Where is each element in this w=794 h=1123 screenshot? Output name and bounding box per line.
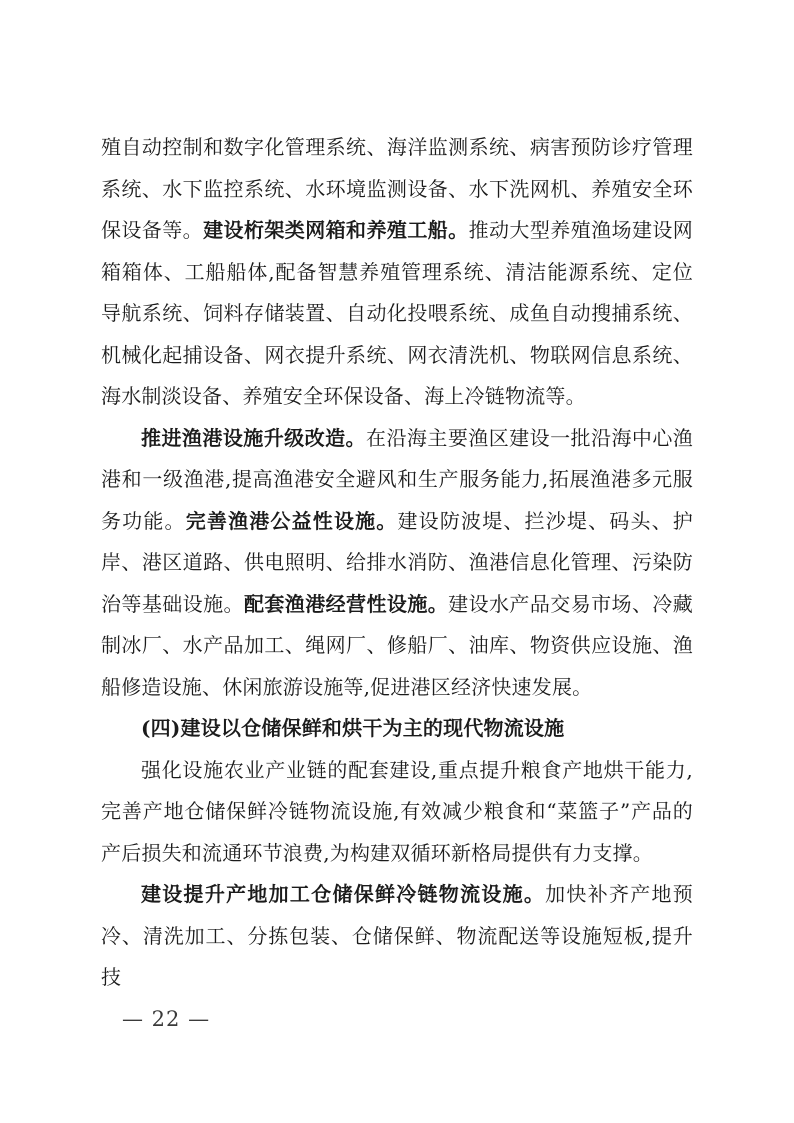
document-body: 殖自动控制和数字化管理系统、海洋监测系统、病害预防诊疗管理系统、水下监控系统、水… <box>101 127 693 999</box>
bold-text-run: 完善渔港公益性设施。 <box>186 509 398 533</box>
page-number: — 22 — <box>122 1007 210 1031</box>
bold-text-run: 推进渔港设施升级改造。 <box>141 426 366 450</box>
paragraph: 强化设施农业产业链的配套建设,重点提升粮食产地烘干能力,完善产地仓储保鲜冷链物流… <box>101 750 693 875</box>
bold-text-run: 配套渔港经营性设施。 <box>244 592 448 616</box>
document-page: 殖自动控制和数字化管理系统、海洋监测系统、病害预防诊疗管理系统、水下监控系统、水… <box>0 0 794 1123</box>
paragraph: 推进渔港设施升级改造。在沿海主要渔区建设一批沿海中心渔港和一级渔港,提高渔港安全… <box>101 418 693 709</box>
bold-text-run: 建设桁架类网箱和养殖工船。 <box>203 218 468 242</box>
bold-text-run: 建设提升产地加工仓储保鲜冷链物流设施。 <box>141 882 545 906</box>
paragraph: 建设提升产地加工仓储保鲜冷链物流设施。加快补齐产地预冷、清洗加工、分拣包装、仓储… <box>101 874 693 999</box>
bold-text-run: (四)建设以仓储保鲜和烘干为主的现代物流设施 <box>141 716 564 740</box>
text-run: 强化设施农业产业链的配套建设,重点提升粮食产地烘干能力,完善产地仓储保鲜冷链物流… <box>101 758 693 865</box>
paragraph: 殖自动控制和数字化管理系统、海洋监测系统、病害预防诊疗管理系统、水下监控系统、水… <box>101 127 693 418</box>
section-heading: (四)建设以仓储保鲜和烘干为主的现代物流设施 <box>101 708 693 750</box>
text-run: 推动大型养殖渔场建设网箱箱体、工船船体,配备智慧养殖管理系统、清洁能源系统、定位… <box>101 218 693 408</box>
